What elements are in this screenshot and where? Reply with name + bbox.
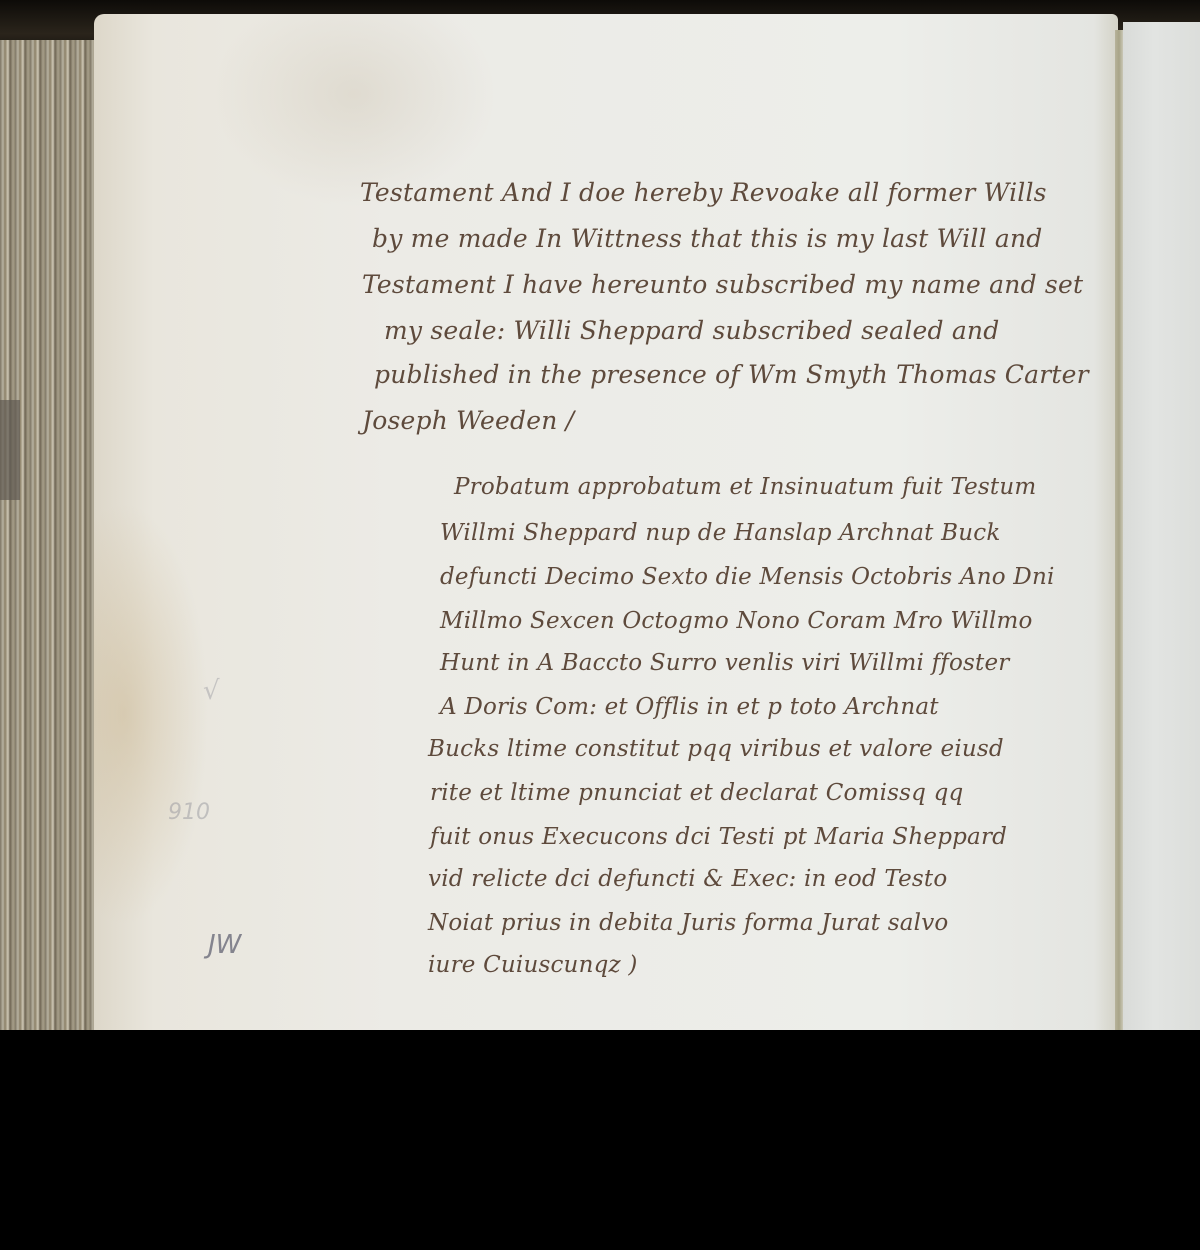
- probate-line: iure Cuiuscunqz ): [428, 952, 638, 978]
- pencil-number-note: 910: [168, 800, 210, 825]
- probate-line: fuit onus Execucons dci Testi pt Maria S…: [430, 824, 1007, 850]
- probate-line: A Doris Com: et Offlis in et p toto Arch…: [440, 694, 939, 720]
- will-line: published in the presence of Wm Smyth Th…: [374, 360, 1089, 389]
- will-line: Testament I have hereunto subscribed my …: [362, 270, 1083, 299]
- manuscript-photo: Testament And I doe hereby Revoake all f…: [0, 0, 1200, 1030]
- probate-line: Millmo Sexcen Octogmo Nono Coram Mro Wil…: [440, 608, 1033, 634]
- will-line: my seale: Willi Sheppard subscribed seal…: [384, 316, 999, 345]
- probate-line: Noiat prius in debita Juris forma Jurat …: [428, 910, 948, 936]
- book-page-edges: [0, 40, 98, 1030]
- pencil-initials: JW: [208, 930, 241, 960]
- probate-line: vid relicte dci defuncti & Exec: in eod …: [428, 866, 947, 892]
- probate-line: defuncti Decimo Sexto die Mensis Octobri…: [440, 564, 1055, 590]
- probate-line: rite et ltime pnunciat et declarat Comis…: [430, 780, 963, 806]
- facing-page: [1123, 22, 1200, 1030]
- letterbox-band: [0, 1030, 1200, 1250]
- book-gutter: [1115, 30, 1123, 1030]
- probate-line: Bucks ltime constitut pqq viribus et val…: [428, 736, 1004, 762]
- probate-line: Hunt in A Baccto Surro venlis viri Willm…: [440, 650, 1010, 676]
- probate-line: Willmi Sheppard nup de Hanslap Archnat B…: [440, 520, 1000, 546]
- will-line: by me made In Wittness that this is my l…: [372, 224, 1042, 253]
- will-line: Joseph Weeden /: [362, 406, 574, 435]
- will-line: Testament And I doe hereby Revoake all f…: [360, 178, 1047, 207]
- pencil-check-mark: √: [203, 676, 220, 706]
- probate-line: Probatum approbatum et Insinuatum fuit T…: [454, 474, 1036, 500]
